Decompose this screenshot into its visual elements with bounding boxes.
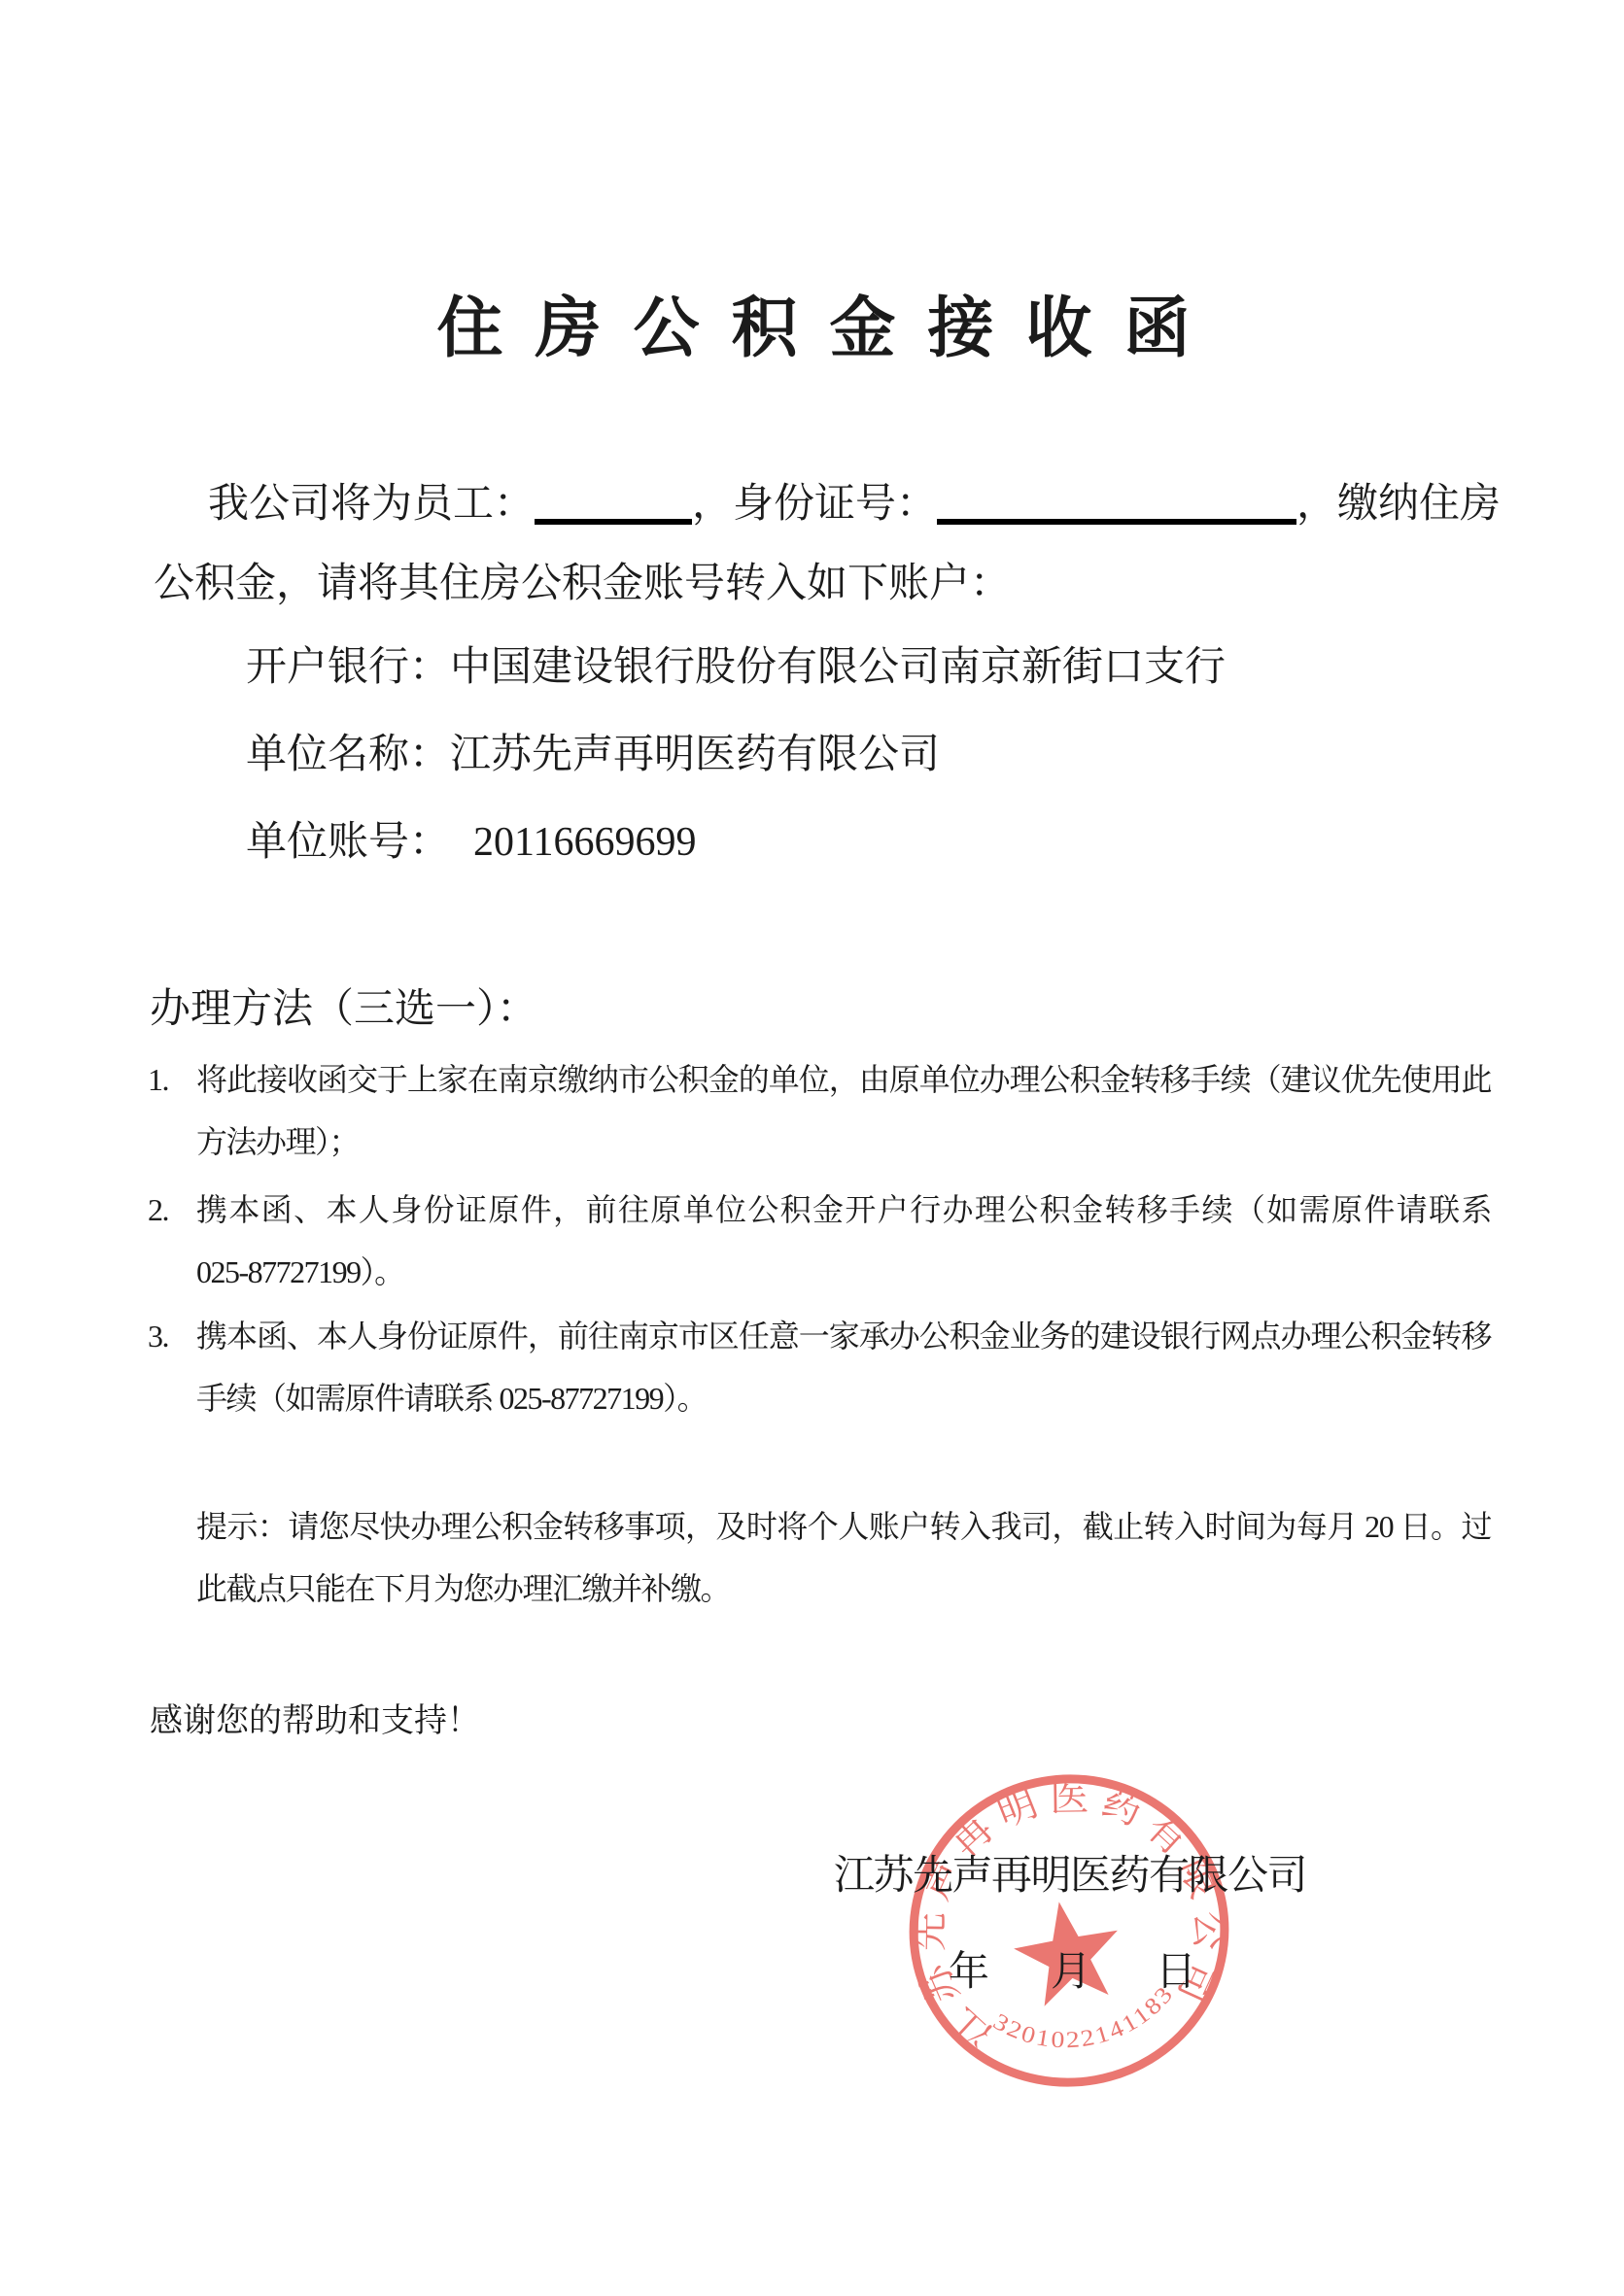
date-day-label: 日: [1156, 1939, 1196, 1998]
company-name-label: 单位名称：: [246, 733, 450, 777]
intro-lead-text: 我公司将为员工：: [208, 482, 535, 527]
notice-line-2: 此截点只能在下月为您办理汇缴并补缴。: [196, 1570, 730, 1607]
method-1-number: 1.: [148, 1061, 168, 1098]
intro-line-1: 我公司将为员工：，身份证号：，缴纳住房: [208, 480, 1501, 529]
account-number-row: 单位账号：20116669699: [246, 818, 696, 867]
bank-value: 中国建设银行股份有限公司南京新街口支行: [450, 645, 1226, 690]
method-3-number: 3.: [148, 1318, 168, 1354]
method-1-line-2: 方法办理）；: [196, 1123, 359, 1160]
date-year-label: 年: [949, 1939, 989, 1998]
employee-name-blank: [535, 490, 692, 525]
method-3-line-1: 携本函、本人身份证原件，前往南京市区任意一家承办公积金业务的建设银行网点办理公积…: [196, 1318, 1491, 1354]
bank-label: 开户银行：: [246, 645, 450, 690]
method-2-number: 2.: [148, 1191, 168, 1228]
intro-id-label: ，身份证号：: [692, 482, 937, 527]
method-3-line-2: 手续（如需原件请联系 025-87727199）。: [196, 1380, 707, 1417]
account-number-label: 单位账号：: [246, 820, 450, 865]
company-name-row: 单位名称：江苏先声再明医药有限公司: [246, 731, 940, 779]
notice-line-1: 提示：请您尽快办理公积金转移事项，及时将个人账户转入我司，截止转入时间为每月 2…: [196, 1508, 1491, 1545]
intro-line-2: 公积金，请将其住房公积金账号转入如下账户：: [154, 560, 1011, 608]
signature-company: 江苏先声再明医药有限公司: [834, 1852, 1306, 1901]
method-2-line-2: 025-87727199）。: [196, 1253, 404, 1290]
date-month-label: 月: [1051, 1939, 1091, 1998]
methods-heading: 办理方法（三选一）：: [150, 985, 537, 1034]
account-number-value: 20116669699: [473, 820, 696, 865]
method-2-line-1: 携本函、本人身份证原件，前往原单位公积金开户行办理公积金转移手续（如需原件请联系: [196, 1191, 1491, 1228]
company-name-value: 江苏先声再明医药有限公司: [450, 733, 940, 777]
bank-row: 开户银行：中国建设银行股份有限公司南京新街口支行: [246, 643, 1226, 692]
thanks-line: 感谢您的帮助和支持！: [150, 1702, 480, 1742]
document-page: 住房公积金接收函 我公司将为员工：，身份证号：，缴纳住房 公积金，请将其住房公积…: [0, 0, 1624, 2296]
page-title: 住房公积金接收函: [0, 290, 1624, 369]
id-number-blank: [937, 490, 1296, 525]
company-seal-stamp: 江苏先声再明医药有限公司 3201022141183: [879, 1744, 1260, 2117]
method-1-line-1: 将此接收函交于上家在南京缴纳市公积金的单位，由原单位办理公积金转移手续（建议优先…: [196, 1061, 1491, 1098]
intro-tail-text: ，缴纳住房: [1296, 482, 1501, 527]
